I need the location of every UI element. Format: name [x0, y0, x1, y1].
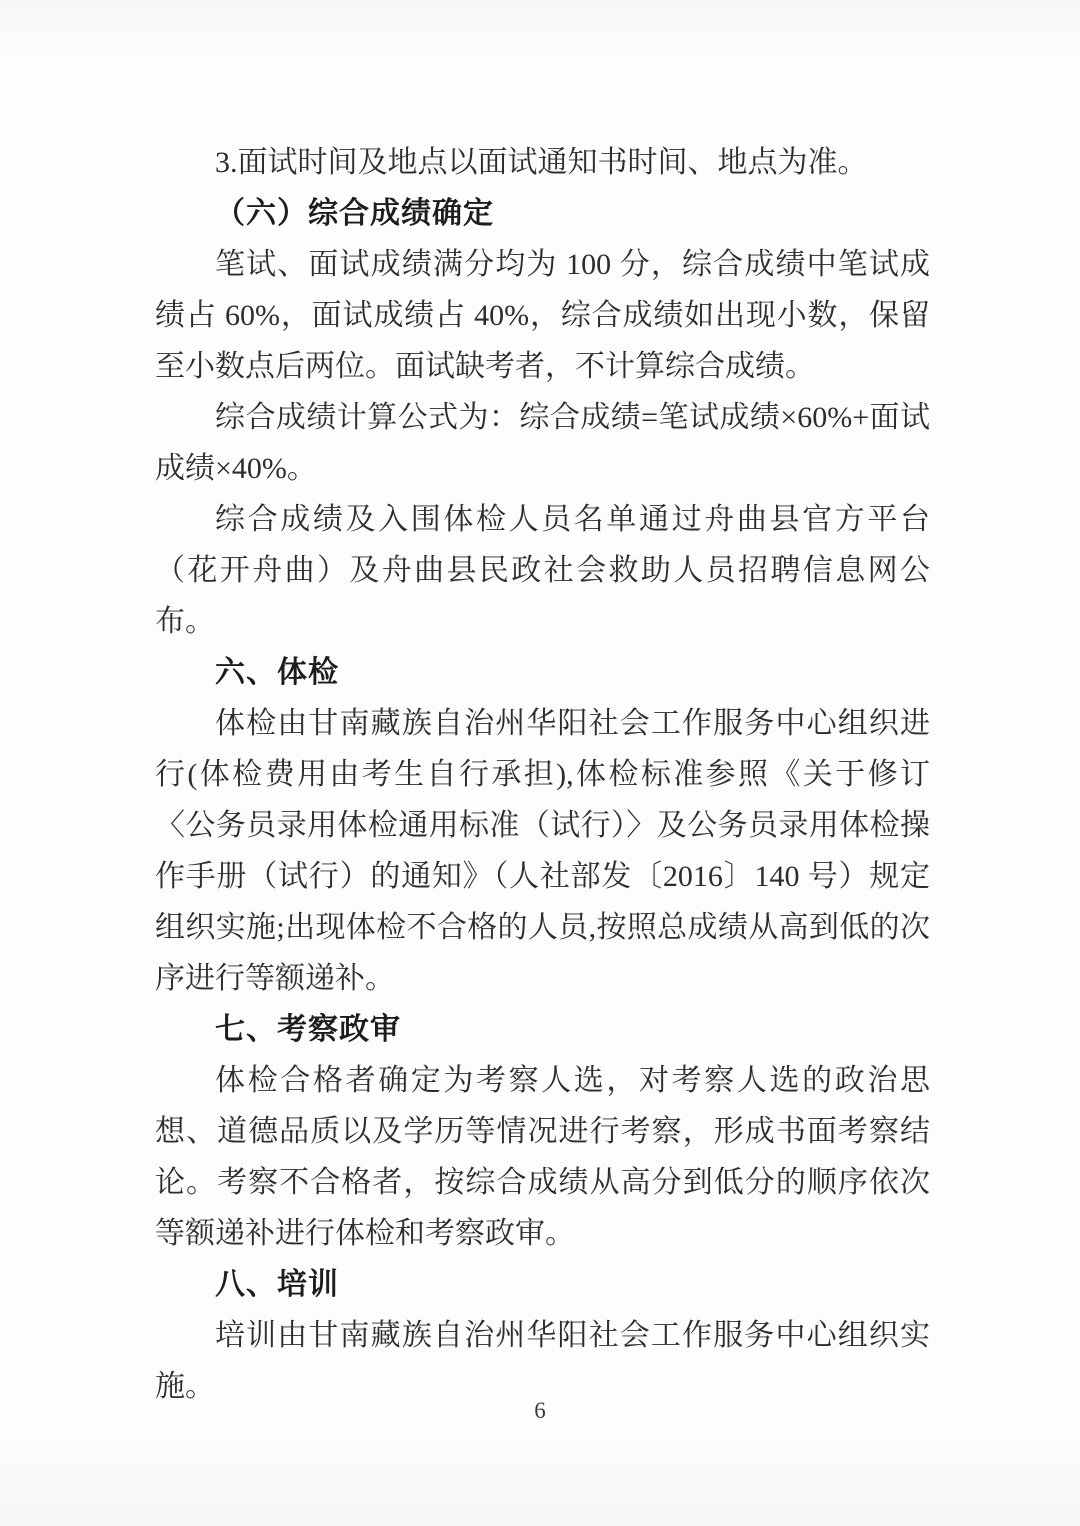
para-inspection-details: 体检合格者确定为考察人选，对考察人选的政治思想、道德品质以及学历等情况进行考察，… — [155, 1055, 930, 1259]
heading-training: 八、培训 — [155, 1259, 930, 1310]
heading-inspection-review: 七、考察政审 — [155, 1004, 930, 1055]
heading-comprehensive-score: （六）综合成绩确定 — [155, 188, 930, 239]
document-body: 3.面试时间及地点以面试通知书时间、地点为准。 （六）综合成绩确定 笔试、面试成… — [0, 0, 1080, 1412]
para-training-details: 培训由甘南藏族自治州华阳社会工作服务中心组织实施。 — [155, 1310, 930, 1412]
para-interview-time-note: 3.面试时间及地点以面试通知书时间、地点为准。 — [155, 137, 930, 188]
para-score-publication: 综合成绩及入围体检人员名单通过舟曲县官方平台（花开舟曲）及舟曲县民政社会救助人员… — [155, 494, 930, 647]
para-score-weights: 笔试、面试成绩满分均为 100 分，综合成绩中笔试成绩占 60%，面试成绩占 4… — [155, 239, 930, 392]
page-number: 6 — [0, 1398, 1080, 1424]
heading-physical-exam: 六、体检 — [155, 647, 930, 698]
para-physical-exam-details: 体检由甘南藏族自治州华阳社会工作服务中心组织进行(体检费用由考生自行承担),体检… — [155, 698, 930, 1004]
document-page: 3.面试时间及地点以面试通知书时间、地点为准。 （六）综合成绩确定 笔试、面试成… — [0, 0, 1080, 1526]
para-score-formula: 综合成绩计算公式为：综合成绩=笔试成绩×60%+面试成绩×40%。 — [155, 392, 930, 494]
